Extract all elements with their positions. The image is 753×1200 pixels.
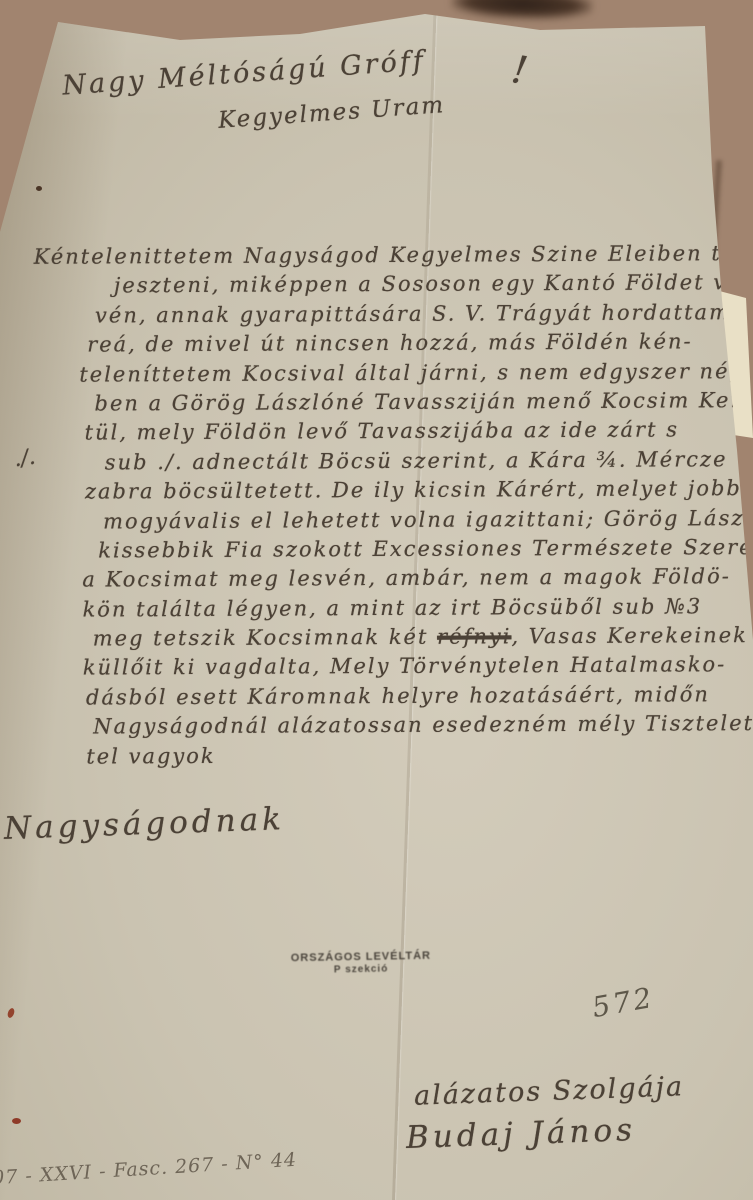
body-line: kissebbik Fia szokott Excessiones Termés… xyxy=(0,533,753,566)
backdrop-speck xyxy=(36,186,42,191)
struck-out-word: réfnyi xyxy=(437,624,511,648)
body-line: dásból esett Káromnak helyre hozatásáért… xyxy=(1,680,753,713)
folio-number-pencil: 572 xyxy=(590,981,657,1024)
body-line-with-strikeout: meg tetszik Kocsimnak két réfnyi, Vasas … xyxy=(1,621,753,654)
manuscript-photo: Nagy Méltóságú Gróff Kegyelmes Uram ! ./… xyxy=(0,0,753,1200)
stamp-line-2: P szekció xyxy=(286,963,436,977)
archive-stamp: ORSZÁGOS LEVÉLTÁR P szekció xyxy=(286,950,436,977)
heading-line-1: Nagy Méltóságú Gróff xyxy=(61,45,426,101)
signature-line-1: alázatos Szolgája xyxy=(414,1071,685,1111)
body-line: teleníttetem Kocsival által járni, s nem… xyxy=(0,357,753,390)
body-line: ben a Görög Lászlóné Tavassziján menő Ko… xyxy=(0,386,753,419)
body-line: a Kocsimat meg lesvén, ambár, nem a mago… xyxy=(0,562,753,595)
red-seal-speck xyxy=(12,1118,21,1124)
archival-reference: 07 - XXVI - Fasc. 267 - N° 44 xyxy=(0,1149,298,1190)
backdrop-shadow xyxy=(452,0,593,20)
body-line: Kéntelenittetem Nagyságod Kegyelmes Szin… xyxy=(0,239,753,272)
body-line: zabra böcsültetett. De ily kicsin Kárért… xyxy=(0,474,753,507)
paper-sheet: Nagy Méltóságú Gróff Kegyelmes Uram ! ./… xyxy=(0,0,753,1200)
body-line-text: meg tetszik Kocsimnak két xyxy=(93,625,437,651)
heading-line-2: Kegyelmes Uram xyxy=(217,92,446,134)
exclamation-mark: ! xyxy=(509,47,531,93)
signature-line-2: Budaj János xyxy=(405,1112,636,1156)
body-line: vén, annak gyarapittására S. V. Trágyát … xyxy=(0,298,753,331)
body-line: sub ./. adnectált Böcsü szerint, a Kára … xyxy=(0,445,753,478)
letter-body: Kéntelenittetem Nagyságod Kegyelmes Szin… xyxy=(0,239,753,772)
body-line: mogyávalis el lehetett volna igazittani;… xyxy=(0,504,753,537)
body-line: kön találta légyen, a mint az irt Böcsüb… xyxy=(0,592,753,625)
body-line-text: , Vasas Kerekeinek xyxy=(511,623,748,648)
closing-address: Nagyságodnak xyxy=(3,801,285,847)
body-line: reá, de mivel út nincsen hozzá, más Föld… xyxy=(0,327,753,360)
body-line: Nagyságodnál alázatossan esedezném mély … xyxy=(1,709,753,742)
body-line: jeszteni, miképpen a Sososon egy Kantó F… xyxy=(0,268,753,301)
body-line: tül, mely Földön levő Tavasszijába az id… xyxy=(0,415,753,448)
red-seal-speck xyxy=(6,1007,15,1018)
body-line: küllőit ki vagdalta, Mely Törvénytelen H… xyxy=(1,650,753,683)
body-line: tel vagyok xyxy=(1,739,753,772)
